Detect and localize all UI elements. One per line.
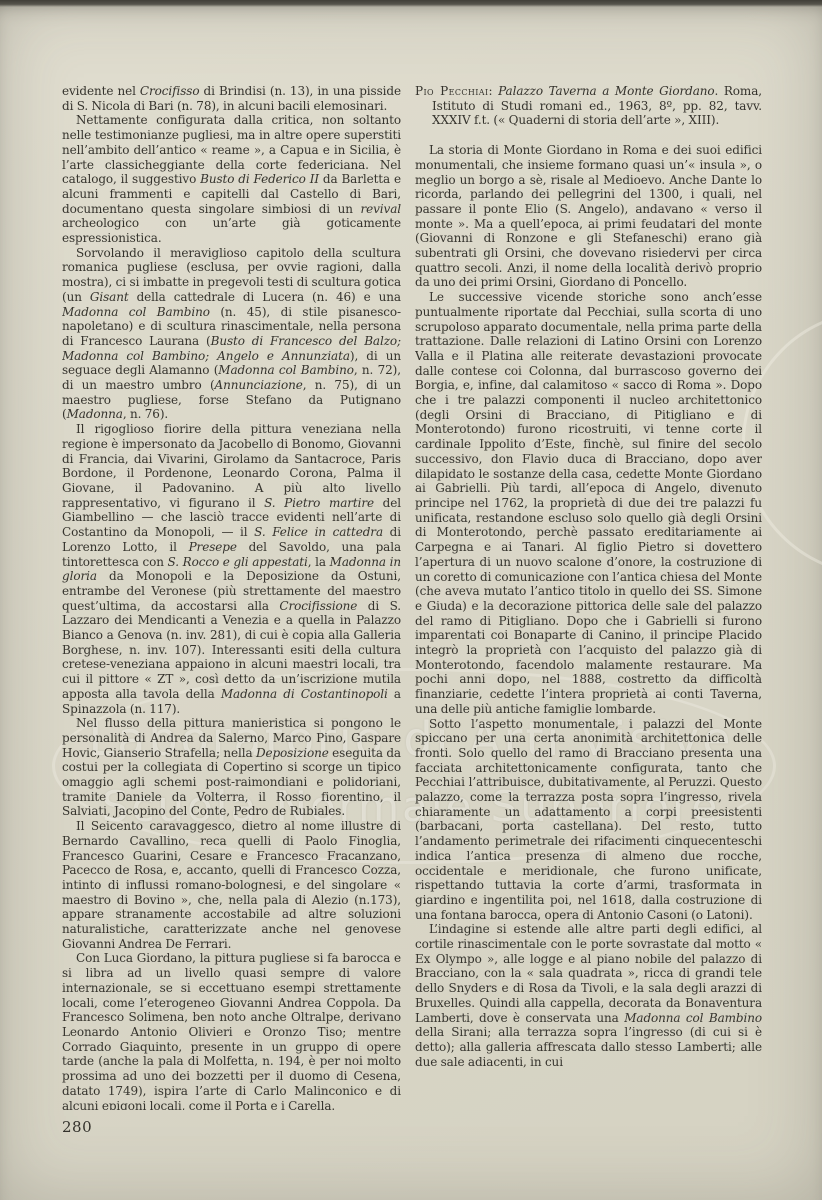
text-segment: L’indagine si estende alle altre parti d… <box>415 922 762 1024</box>
text-segment: revival <box>360 202 401 216</box>
scanned-page: Laboratorio di Arti Visive Scuola Normal… <box>0 0 822 1200</box>
text-segment: Il Seicento caravaggesco, dietro al nome… <box>62 819 401 951</box>
text-segment: S. Rocco e gli appestati <box>168 555 308 569</box>
text-segment: Madonna <box>67 407 123 421</box>
text-segment: Madonna col Bambino <box>62 305 210 319</box>
text-segment: Deposizione <box>256 746 329 760</box>
paragraph: Nel flusso della pittura manieristica si… <box>62 716 401 819</box>
text-segment: , n. 76). <box>123 407 168 421</box>
paragraph: L’indagine si estende alle altre parti d… <box>415 922 762 1069</box>
text-segment: S. Felice in cattedra <box>254 525 383 539</box>
paragraph: Il rigoglioso fiorire della pittura vene… <box>62 422 401 716</box>
text-segment: Busto di Federico II <box>200 172 319 186</box>
paragraph: Sorvolando il meraviglioso capitolo dell… <box>62 246 401 422</box>
text-segment: Annunciazione <box>215 378 303 392</box>
text-segment: Gisant <box>90 290 129 304</box>
scan-top-edge <box>0 0 822 7</box>
page-number: 280 <box>62 1118 92 1136</box>
right-column: Pio Pecchiai: Palazzo Taverna a Monte Gi… <box>415 84 762 1110</box>
text-segment: , la <box>308 555 330 569</box>
text-segment: : <box>489 84 499 98</box>
left-column: evidente nel Crocifisso di Brindisi (n. … <box>62 84 401 1110</box>
text-segment: della Sirani; alla terrazza sopra l’ingr… <box>415 1025 762 1068</box>
text-segment: evidente nel <box>62 84 140 98</box>
text-segment: della cattedrale di Lucera (n. 46) e una <box>129 290 401 304</box>
text-segment: Le successive vicende storiche sono anch… <box>415 290 762 716</box>
text-segment: Pio Pecchiai <box>415 84 489 98</box>
paragraph: Il Seicento caravaggesco, dietro al nome… <box>62 819 401 951</box>
paragraph: evidente nel Crocifisso di Brindisi (n. … <box>62 84 401 113</box>
bibliographic-entry: Pio Pecchiai: Palazzo Taverna a Monte Gi… <box>415 84 762 128</box>
text-segment: Crocifisso <box>140 84 200 98</box>
paragraph: La storia di Monte Giordano in Roma e de… <box>415 143 762 290</box>
paragraph: Con Luca Giordano, la pittura pugliese s… <box>62 951 401 1110</box>
text-segment: Presepe <box>189 540 237 554</box>
paragraph: Nettamente configurata dalla critica, no… <box>62 113 401 245</box>
text-segment: Con Luca Giordano, la pittura pugliese s… <box>62 951 401 1110</box>
text-segment: S. Pietro martire <box>264 496 374 510</box>
text-segment: Sotto l’aspetto monumentale, i palazzi d… <box>415 717 762 922</box>
text-segment: Palazzo Taverna a Monte Giordano <box>498 84 714 98</box>
text-segment: di S. Lazzaro dei Mendicanti a Venezia e… <box>62 599 401 701</box>
text-segment: Madonna col Bambino <box>624 1011 762 1025</box>
text-segment: Madonna di Costantinopoli <box>221 687 388 701</box>
paragraph: Le successive vicende storiche sono anch… <box>415 290 762 716</box>
text-segment: Crocifissione <box>279 599 357 613</box>
text-segment: archeologico con un’arte già goticamente… <box>62 216 401 245</box>
text-segment: Madonna col Bambino <box>218 363 354 377</box>
text-segment: La storia di Monte Giordano in Roma e de… <box>415 143 762 289</box>
paragraph: Sotto l’aspetto monumentale, i palazzi d… <box>415 717 762 923</box>
